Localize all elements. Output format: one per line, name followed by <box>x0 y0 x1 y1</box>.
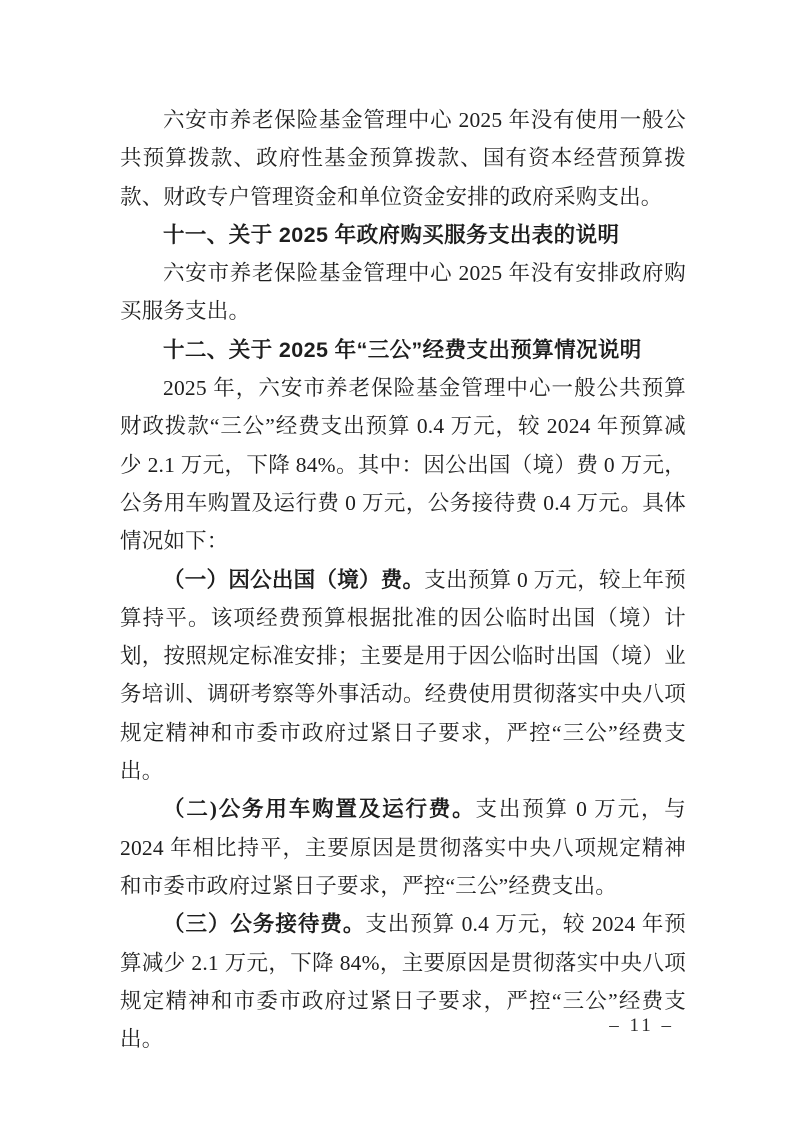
paragraph: （一）因公出国（境）费。支出预算 0 万元，较上年预算持平。该项经费预算根据批准… <box>120 561 686 791</box>
document-body: 六安市养老保险基金管理中心 2025 年没有使用一般公共预算拨款、政府性基金预算… <box>120 101 686 1058</box>
paragraph-lead-bold: 十一、关于 2025 年政府购买服务支出表的说明 <box>163 223 619 247</box>
paragraph-lead-bold: （一）因公出国（境）费。 <box>163 568 424 592</box>
section-heading: 十二、关于 2025 年“三公”经费支出预算情况说明 <box>120 331 686 369</box>
paragraph-text: 支出预算 0 万元，较上年预算持平。该项经费预算根据批准的因公临时出国（境）计划… <box>120 568 686 783</box>
paragraph-text: 六安市养老保险基金管理中心 2025 年没有安排政府购买服务支出。 <box>120 261 686 323</box>
paragraph-lead-bold: （二)公务用车购置及运行费。 <box>163 797 476 821</box>
paragraph-text: 2025 年，六安市养老保险基金管理中心一般公共预算财政拨款“三公”经费支出预算… <box>120 376 686 553</box>
paragraph: （二)公务用车购置及运行费。支出预算 0 万元，与 2024 年相比持平，主要原… <box>120 790 686 905</box>
paragraph: 六安市养老保险基金管理中心 2025 年没有安排政府购买服务支出。 <box>120 254 686 331</box>
document-page: 六安市养老保险基金管理中心 2025 年没有使用一般公共预算拨款、政府性基金预算… <box>0 0 793 1122</box>
paragraph-text: 六安市养老保险基金管理中心 2025 年没有使用一般公共预算拨款、政府性基金预算… <box>120 108 686 209</box>
paragraph: （三）公务接待费。支出预算 0.4 万元，较 2024 年预算减少 2.1 万元… <box>120 905 686 1058</box>
paragraph: 2025 年，六安市养老保险基金管理中心一般公共预算财政拨款“三公”经费支出预算… <box>120 369 686 560</box>
paragraph-lead-bold: 十二、关于 2025 年“三公”经费支出预算情况说明 <box>163 338 642 362</box>
paragraph-lead-bold: （三）公务接待费。 <box>163 912 365 936</box>
page-number: – 11 – <box>609 1015 674 1037</box>
paragraph: 六安市养老保险基金管理中心 2025 年没有使用一般公共预算拨款、政府性基金预算… <box>120 101 686 216</box>
section-heading: 十一、关于 2025 年政府购买服务支出表的说明 <box>120 216 686 254</box>
